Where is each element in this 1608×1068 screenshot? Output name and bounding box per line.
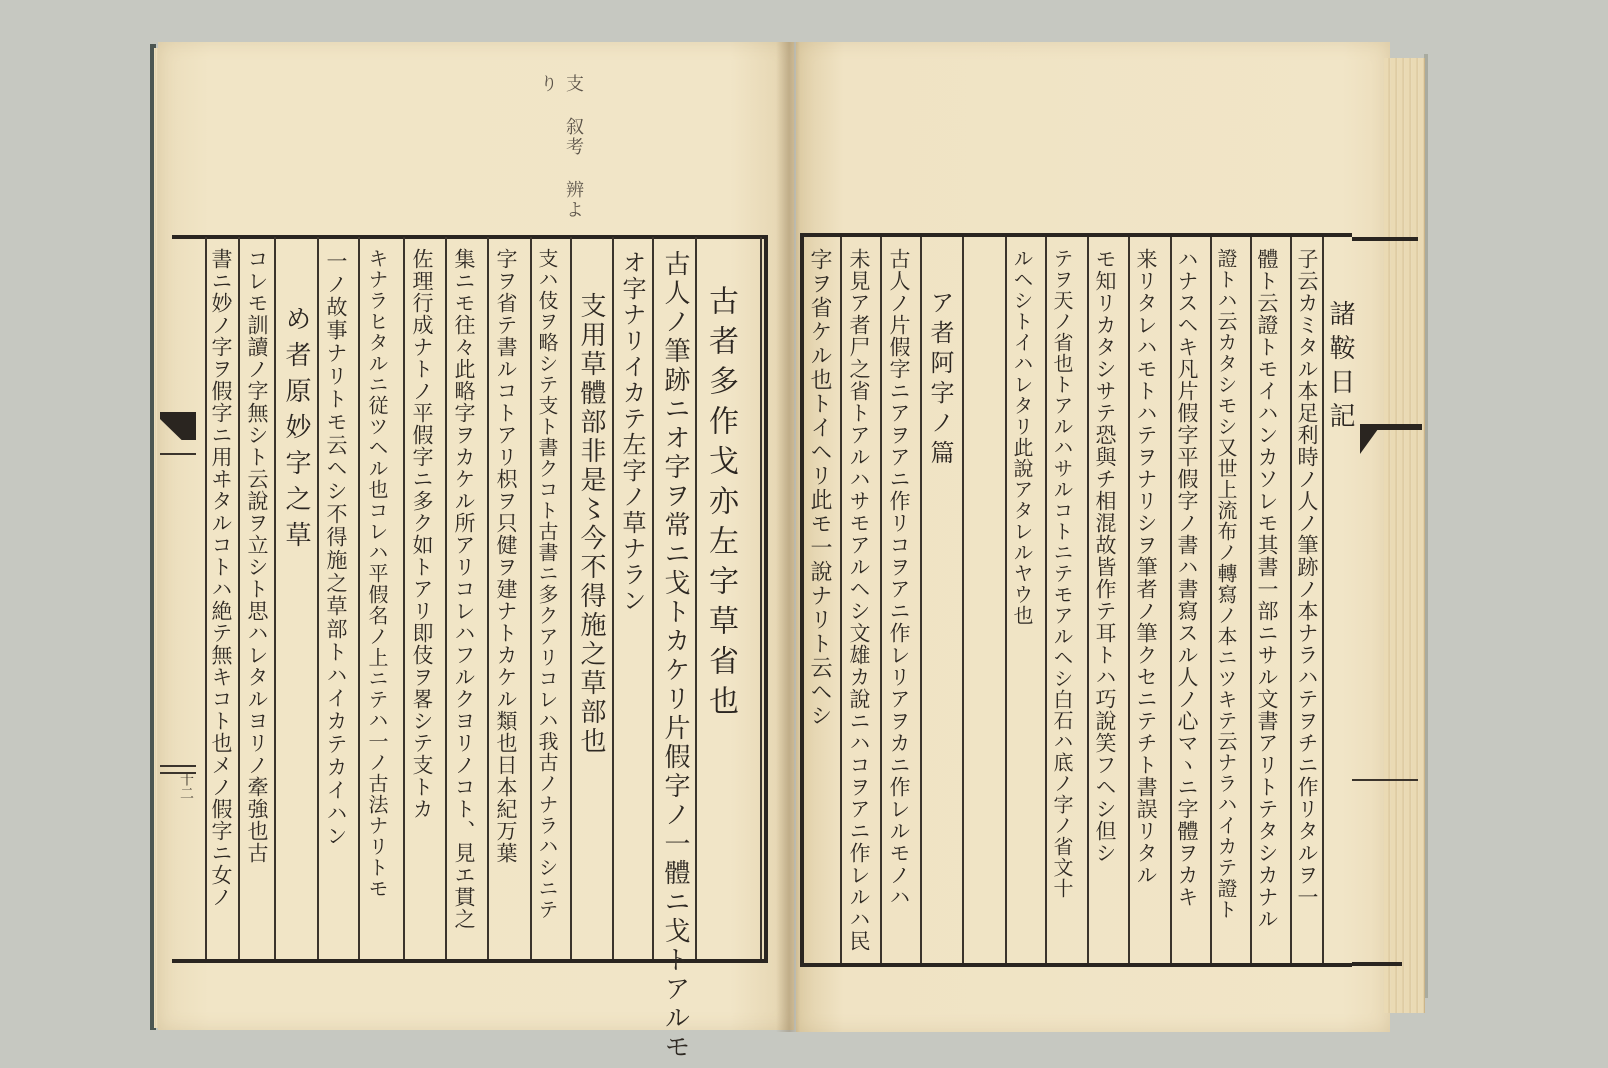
left-rule — [317, 237, 319, 959]
left-column-9: 一ノ故事ナリトモ云ヘシ不得施之草部トハイカテカイハン — [325, 250, 346, 848]
right-rule — [1128, 237, 1130, 963]
right-column-6: テヲ天ノ省也トアルハサルコトニテモアルヘシ白石ハ底ノ字ノ省文十 — [1052, 248, 1072, 899]
left-column-12: コレモ訓讀ノ字無シト云說ヲ立シト思ハレタルヨリノ牽強也古 — [246, 248, 267, 864]
right-column-10: 古人ノ片假字ニアヲアニ作リコヲアニ作レリアヲカニ作レルモノハ — [888, 248, 909, 908]
book-gutter — [776, 42, 800, 1032]
right-rule — [1170, 237, 1172, 963]
right-column-4: 来リタレハモトハテヲナリシヲ筆者ノ筆クセニテチト書誤リタル — [1135, 248, 1156, 886]
right-column-11: 未見ア者尸之省トアルハサモアルヘシ文雄カ說ニハコヲアニ作レルハ民 — [848, 248, 869, 952]
right-column-0: 子云カミタル本足利時ノ人ノ筆跡ノ本ナラハテヲチニ作リタルヲ一 — [1296, 248, 1317, 908]
right-rule — [962, 237, 964, 963]
right-column-5: モ知リカタシサテ恐與チ相混故皆作テ耳トハ巧說笑フヘシ但シ — [1094, 248, 1115, 864]
right-page-stack — [1384, 58, 1425, 1013]
left-column-5: 字ヲ省テ書ルコトアリ枳ヲ只健ヲ建ナトカケル類也日本紀万葉 — [495, 248, 516, 864]
left-rule — [695, 237, 697, 959]
left-fishtail-line — [160, 453, 196, 455]
right-rule — [1290, 237, 1292, 963]
left-rule — [652, 237, 654, 959]
left-rule — [487, 237, 489, 959]
left-rule — [403, 237, 405, 959]
right-column-12: 字ヲ省ケル也トイヘリ此モ一說ナリト云ヘシ — [808, 248, 830, 728]
annotation-text: 支 叙考 辨より — [537, 74, 584, 220]
left-page-annotation: 支 叙考 辨より — [534, 74, 586, 224]
left-column-6: 集ニモ往々此略字ヲカケル所アリコレハフルクヨリノコト、見エ貫之 — [453, 248, 474, 930]
left-page-number-line — [160, 765, 196, 767]
left-column-3: 支用草體部非是〻今不得施之草部也 — [578, 292, 604, 756]
right-rule — [1210, 237, 1212, 963]
right-column-9: ア者阿字ノ篇 — [928, 290, 952, 470]
left-rule — [760, 237, 762, 959]
right-rule — [1087, 237, 1089, 963]
left-rule — [274, 237, 276, 959]
left-column-4: 支ハ伎ヲ略シテ支ト書クコト古書ニ多クアリコレハ我古ノナラハシニテ — [537, 248, 557, 920]
running-title: 諸鞍日記 — [1327, 300, 1353, 436]
left-column-2: オ字ナリイカテ左字ノ草ナラン — [620, 250, 644, 614]
right-column-3: ハナスヘキ凡片假字平假字ノ書ハ書寫スル人ノ心マヽニ字體ヲカキ — [1176, 248, 1197, 908]
right-rule — [1005, 237, 1007, 963]
left-rule — [612, 237, 614, 959]
right-rule — [880, 237, 882, 963]
left-column-0: 古者多作戈亦左字草省也 — [705, 285, 735, 725]
left-rule — [238, 237, 240, 959]
right-column-1: 體ト云證トモイハンカソレモ其書一部ニサル文書アリトテタシカナル — [1256, 248, 1277, 930]
right-top-rule-extension — [1352, 237, 1418, 241]
left-column-13: 書ニ妙ノ字ヲ假字ニ用ヰタルコトハ絶テ無キコト也メノ假字ニ女ノ — [210, 248, 231, 908]
right-rule — [920, 237, 922, 963]
left-column-8: キナラヒタルニ従ツヘル也コレハ平假名ノ上ニテハ一ノ古法ナリトモ — [367, 248, 387, 899]
right-column-7: ルヘシトイハレタリ此說アタレルヤウ也 — [1012, 248, 1032, 626]
right-bottom-rule-extension — [1352, 962, 1402, 966]
left-column-1: 古人ノ筆跡ニオ字ヲ常ニ戈トカケリ片假字ノ一體ニ戈トアルモ — [662, 250, 688, 1062]
left-page-number-line-2 — [160, 772, 196, 774]
left-rule — [358, 237, 360, 959]
left-rule — [205, 237, 207, 959]
right-rule — [1045, 237, 1047, 963]
left-rule — [530, 237, 532, 959]
right-rule — [1250, 237, 1252, 963]
left-rule — [445, 237, 447, 959]
right-fishtail-line — [1352, 779, 1418, 781]
left-rule — [570, 237, 572, 959]
right-column-2: 證トハ云カタシモシ又世上流布ノ轉寫ノ本ニツキテ云ナラハイカテ證ト — [1216, 248, 1236, 920]
left-column-11: め者原妙字之草 — [283, 305, 309, 557]
left-page-number: 十二 — [176, 772, 196, 800]
left-column-7: 佐理行成ナトノ平假字ニ多ク如トアリ即伎ヲ畧シテ支トカ — [411, 248, 432, 820]
right-rule — [840, 237, 842, 963]
right-rule — [1322, 237, 1324, 963]
